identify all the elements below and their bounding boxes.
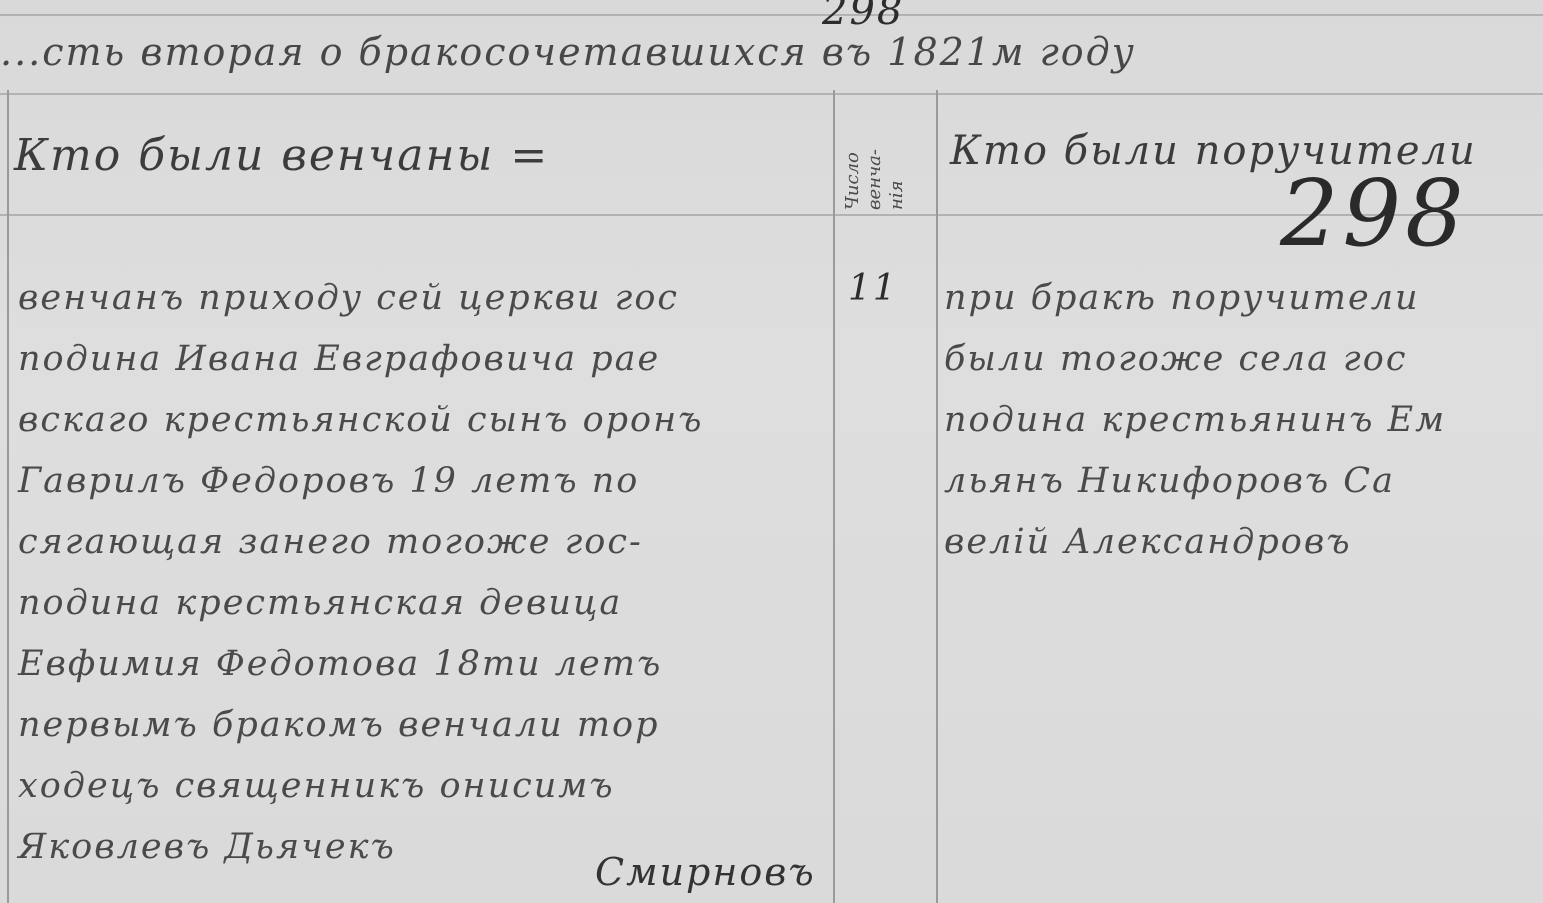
text-line: льянъ Никифоровъ Са [944,451,1446,512]
column-header-date: Число венча- нія [842,100,932,210]
column-divider-right [936,90,938,903]
text-line: сягающая занего тогоже гос- [18,512,704,573]
text-line: подина Ивана Евграфовича рае [18,329,704,390]
column-header-date-line: Число [842,100,864,210]
column-header-date-line: нія [886,100,908,210]
column-divider-left [833,90,835,903]
text-line: вскаго крестьянской сынъ оронъ [18,390,704,451]
text-line: подина крестьянинъ Ем [944,390,1446,451]
rule-line [0,14,1543,16]
signature: Смирновъ [595,850,816,894]
column-header-married: Кто были венчаны = [14,130,549,181]
text-line: были тогоже села гос [944,329,1446,390]
text-line: венчанъ приходу сей церкви гос [18,268,704,329]
archive-number: 298 [1280,160,1468,267]
text-line: подина крестьянская девица [18,573,704,634]
text-line: Гаврилъ Федоровъ 19 летъ по [18,451,704,512]
register-section-title: ...сть вторая о бракосочетавшихся въ 182… [0,30,1136,74]
entry-date-number: 11 [848,268,898,309]
text-line: при бракѣ поручители [944,268,1446,329]
text-line: ходецъ священникъ онисимъ [18,756,704,817]
column-header-date-line: венча- [864,100,886,210]
text-line: первымъ бракомъ венчали тор [18,695,704,756]
entry-married-text: венчанъ приходу сей церкви гос подина Ив… [18,268,704,878]
column-divider-left-margin [7,90,9,903]
rule-line [0,93,1543,95]
entry-witnesses-text: при бракѣ поручители были тогоже села го… [944,268,1446,573]
text-line: велій Александровъ [944,512,1446,573]
page-number-stamp: 298 [822,0,904,34]
document-page: ...сть вторая о бракосочетавшихся въ 182… [0,0,1543,903]
text-line: Евфимия Федотова 18ти летъ [18,634,704,695]
